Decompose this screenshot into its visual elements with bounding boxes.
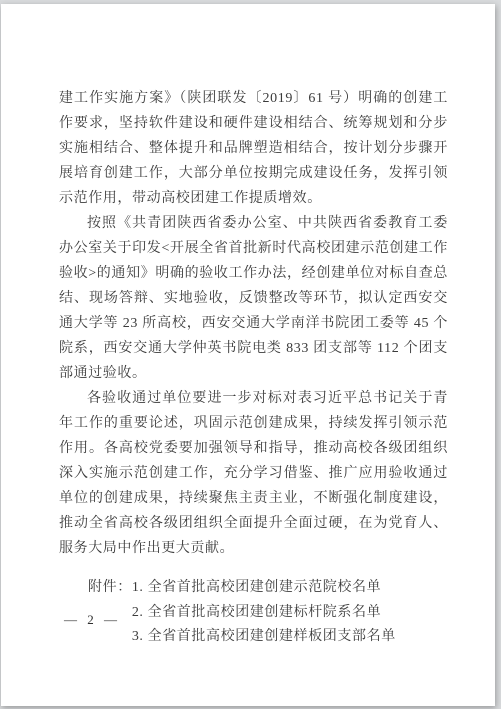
document-page: 建工作实施方案》（陕团联发〔2019〕61 号）明确的创建工作要求，坚持软件建设… [1,4,495,706]
page-number: — 2 — [64,610,118,630]
attachments-list: 1. 全省首批高校团建创建示范院校名单 2. 全省首批高校团建创建标杆院系名单 … [132,576,448,650]
attachments-label: 附件： [88,576,132,601]
paragraph-continuation: 建工作实施方案》（陕团联发〔2019〕61 号）明确的创建工作要求，坚持软件建设… [59,86,448,211]
page-content: 建工作实施方案》（陕团联发〔2019〕61 号）明确的创建工作要求，坚持软件建设… [59,86,448,650]
attachments-block: 附件： 1. 全省首批高校团建创建示范院校名单 2. 全省首批高校团建创建标杆院… [88,576,448,650]
attachment-item-2: 2. 全省首批高校团建创建标杆院系名单 [132,601,448,626]
attachment-item-3: 3. 全省首批高校团建创建样板团支部名单 [132,625,448,650]
attachment-item-1: 1. 全省首批高校团建创建示范院校名单 [132,576,448,601]
paragraph-requirements: 各验收通过单位要进一步对标对表习近平总书记关于青年工作的重要论述，巩固示范创建成… [59,386,448,561]
paragraph-acceptance-results: 按照《共青团陕西省委办公室、中共陕西省委教育工委办公室关于印发<开展全省首批新时… [59,211,448,386]
document-viewer: 建工作实施方案》（陕团联发〔2019〕61 号）明确的创建工作要求，坚持软件建设… [0,0,501,709]
